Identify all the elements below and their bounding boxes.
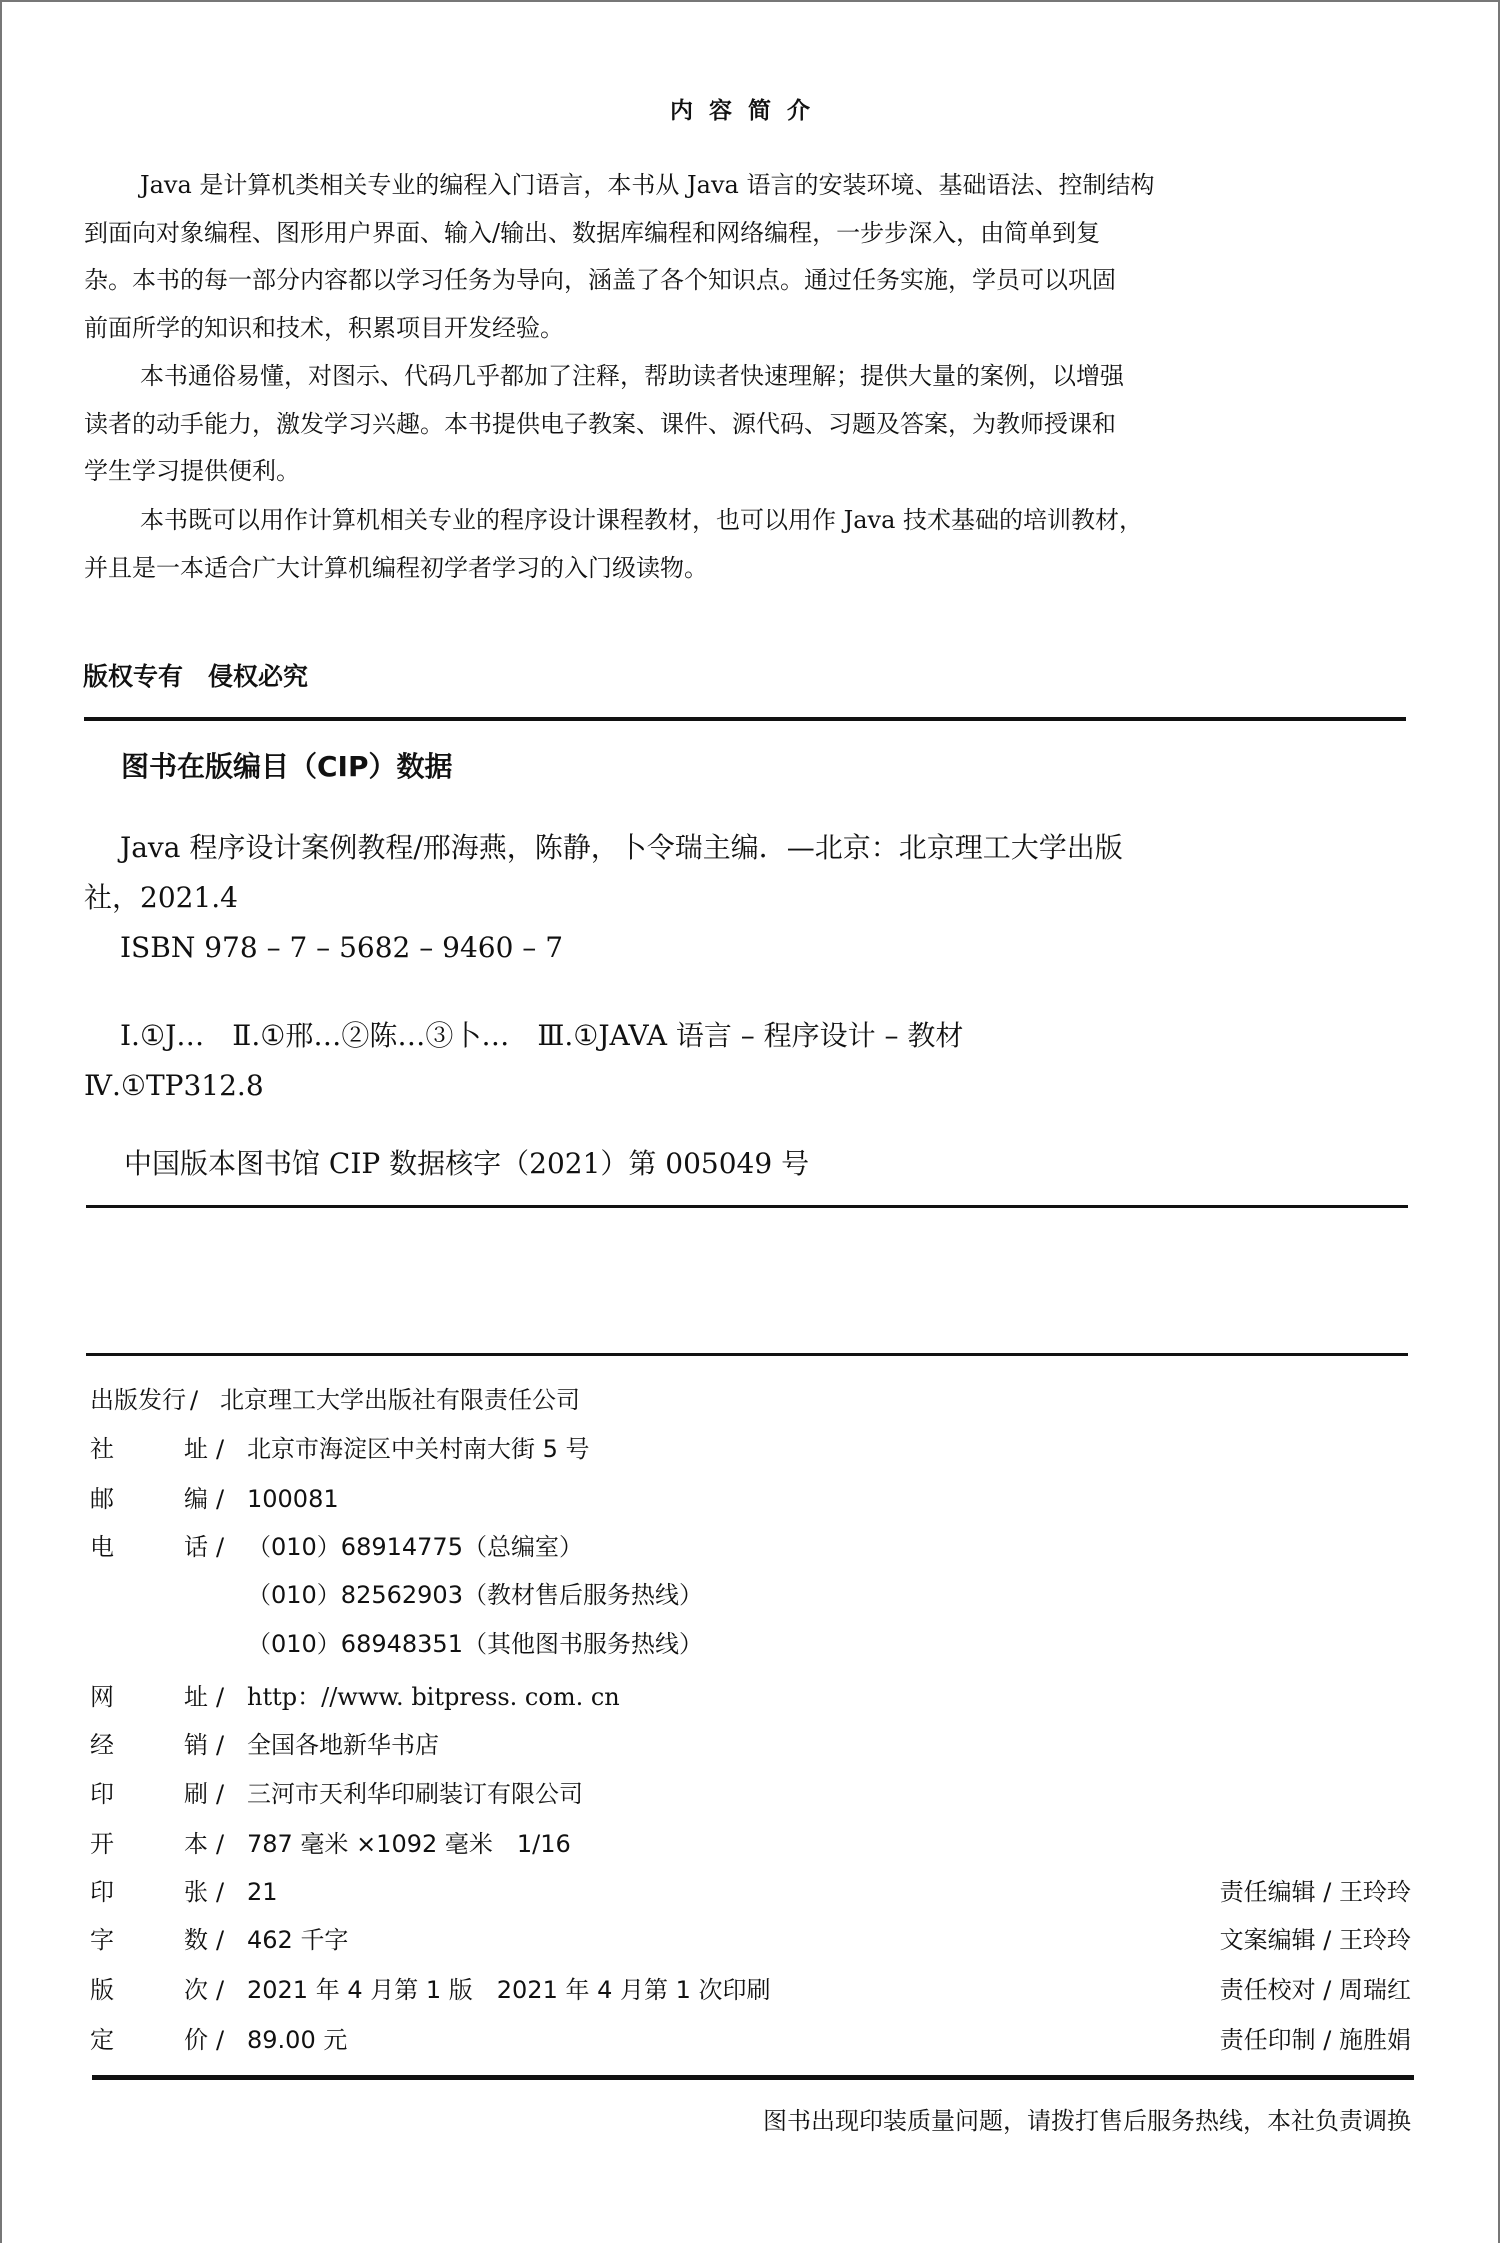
row-key: 出版发行: [90, 1388, 186, 1412]
intro-line: 到面向对象编程、图形用户界面、输入/输出、数据库编程和网络编程，一步步深入，由简…: [84, 221, 1100, 245]
row-key: 印: [90, 1880, 114, 1904]
publisher-row: 社 址 / 北京市海淀区中关村南大街 5 号: [2, 1437, 1500, 1463]
row-key: 编: [184, 1487, 208, 1511]
row-key: 版: [90, 1978, 114, 2002]
row-value: 21: [247, 1880, 278, 1904]
publisher-row: 开 本 / 787 毫米 ×1092 毫米 1/16: [2, 1832, 1500, 1858]
credit-print-manager: 责任印制 / 施胜娟: [1220, 2028, 1411, 2052]
row-key: 网: [90, 1685, 114, 1709]
row-key: 销: [184, 1733, 208, 1757]
row-value: 全国各地新华书店: [247, 1733, 439, 1757]
publisher-row: 邮 编 / 100081: [2, 1487, 1500, 1513]
credit-copy-editor: 文案编辑 / 王玲玲: [1220, 1928, 1411, 1952]
row-slash: /: [216, 1928, 224, 1952]
row-key: 定: [90, 2028, 114, 2052]
row-slash: /: [190, 1388, 198, 1412]
row-value: 北京市海淀区中关村南大街 5 号: [247, 1437, 590, 1461]
website-link: http：//www. bitpress. com. cn: [247, 1685, 620, 1709]
copyright-page: 内容简介 Java 是计算机类相关专业的编程入门语言，本书从 Java 语言的安…: [0, 0, 1500, 2243]
row-slash: /: [216, 2028, 224, 2052]
row-key: 本: [184, 1832, 208, 1856]
row-slash: /: [216, 1437, 224, 1461]
divider-line: [92, 2075, 1414, 2080]
divider-line: [84, 717, 1406, 721]
intro-line: 学生学习提供便利。: [84, 459, 300, 483]
intro-line: 前面所学的知识和技术，积累项目开发经验。: [84, 316, 564, 340]
intro-line: 杂。本书的每一部分内容都以学习任务为导向，涵盖了各个知识点。通过任务实施，学员可…: [84, 268, 1116, 292]
row-key: 次: [184, 1978, 208, 2002]
row-key: 社: [90, 1437, 114, 1461]
row-key: 开: [90, 1832, 114, 1856]
intro-line: Java 是计算机类相关专业的编程入门语言，本书从 Java 语言的安装环境、基…: [140, 173, 1154, 197]
row-value: 787 毫米 ×1092 毫米 1/16: [247, 1832, 571, 1856]
row-key: 价: [184, 2028, 208, 2052]
intro-title: 内容简介: [670, 100, 826, 123]
row-slash: /: [216, 1978, 224, 2002]
intro-line: 读者的动手能力，激发学习兴趣。本书提供电子教案、课件、源代码、习题及答案，为教师…: [84, 412, 1116, 436]
row-slash: /: [216, 1733, 224, 1757]
cip-heading: 图书在版编目（CIP）数据: [121, 753, 453, 781]
row-key: 址: [184, 1437, 208, 1461]
cip-isbn: ISBN 978 – 7 – 5682 – 9460 – 7: [120, 934, 563, 962]
publisher-row: （010）82562903（教材售后服务热线）: [2, 1583, 1500, 1609]
row-value: 462 千字: [247, 1928, 348, 1952]
publisher-row: 出版发行 / 北京理工大学出版社有限责任公司: [2, 1388, 1500, 1414]
row-key: 址: [184, 1685, 208, 1709]
row-key: 话: [184, 1535, 208, 1559]
row-key: 电: [90, 1535, 114, 1559]
publisher-row: 网 址 / http：//www. bitpress. com. cn: [2, 1685, 1500, 1711]
row-slash: /: [216, 1880, 224, 1904]
credit-proofreader: 责任校对 / 周瑞红: [1220, 1978, 1411, 2002]
row-key: 字: [90, 1928, 114, 1952]
row-slash: /: [216, 1782, 224, 1806]
row-value: 北京理工大学出版社有限责任公司: [220, 1388, 580, 1412]
row-key: 刷: [184, 1782, 208, 1806]
row-key: 张: [184, 1880, 208, 1904]
publisher-row: 印 刷 / 三河市天利华印刷装订有限公司: [2, 1782, 1500, 1808]
publisher-row: 经 销 / 全国各地新华书店: [2, 1733, 1500, 1759]
cip-classification: Ⅰ.①J… Ⅱ.①邢…②陈…③卜… Ⅲ.①JAVA 语言 – 程序设计 – 教材: [120, 1022, 963, 1050]
row-value: （010）68914775（总编室）: [247, 1535, 583, 1559]
intro-line: 本书既可以用作计算机相关专业的程序设计课程教材，也可以用作 Java 技术基础的…: [140, 508, 1143, 532]
row-value: （010）68948351（其他图书服务热线）: [247, 1632, 703, 1656]
row-key: 印: [90, 1782, 114, 1806]
row-value: 2021 年 4 月第 1 版 2021 年 4 月第 1 次印刷: [247, 1978, 771, 2002]
quality-notice: 图书出现印装质量问题，请拨打售后服务热线，本社负责调换: [763, 2109, 1411, 2133]
row-slash: /: [216, 1487, 224, 1511]
row-value: （010）82562903（教材售后服务热线）: [247, 1583, 703, 1607]
row-slash: /: [216, 1535, 224, 1559]
intro-line: 本书通俗易懂，对图示、代码几乎都加了注释，帮助读者快速理解；提供大量的案例，以增…: [140, 364, 1124, 388]
cip-classification-2: Ⅳ.①TP312.8: [84, 1072, 264, 1100]
row-slash: /: [216, 1832, 224, 1856]
row-slash: /: [216, 1685, 224, 1709]
cip-publisher-line: 社，2021.4: [84, 884, 238, 912]
intro-line: 并且是一本适合广大计算机编程初学者学习的入门级读物。: [84, 556, 708, 580]
row-value: 89.00 元: [247, 2028, 347, 2052]
divider-line: [86, 1205, 1408, 1208]
row-key: 经: [90, 1733, 114, 1757]
row-value: 100081: [247, 1487, 339, 1511]
row-key: 邮: [90, 1487, 114, 1511]
cip-title-line: Java 程序设计案例教程/邢海燕，陈静，卜令瑞主编．—北京：北京理工大学出版: [120, 834, 1123, 862]
row-value: 三河市天利华印刷装订有限公司: [247, 1782, 583, 1806]
credit-editor: 责任编辑 / 王玲玲: [1220, 1880, 1411, 1904]
divider-line: [86, 1353, 1408, 1356]
publisher-row: 电 话 / （010）68914775（总编室）: [2, 1535, 1500, 1561]
row-key: 数: [184, 1928, 208, 1952]
publisher-row: （010）68948351（其他图书服务热线）: [2, 1632, 1500, 1658]
cip-record-number: 中国版本图书馆 CIP 数据核字（2021）第 005049 号: [124, 1150, 809, 1178]
copyright-notice: 版权专有 侵权必究: [83, 664, 308, 689]
